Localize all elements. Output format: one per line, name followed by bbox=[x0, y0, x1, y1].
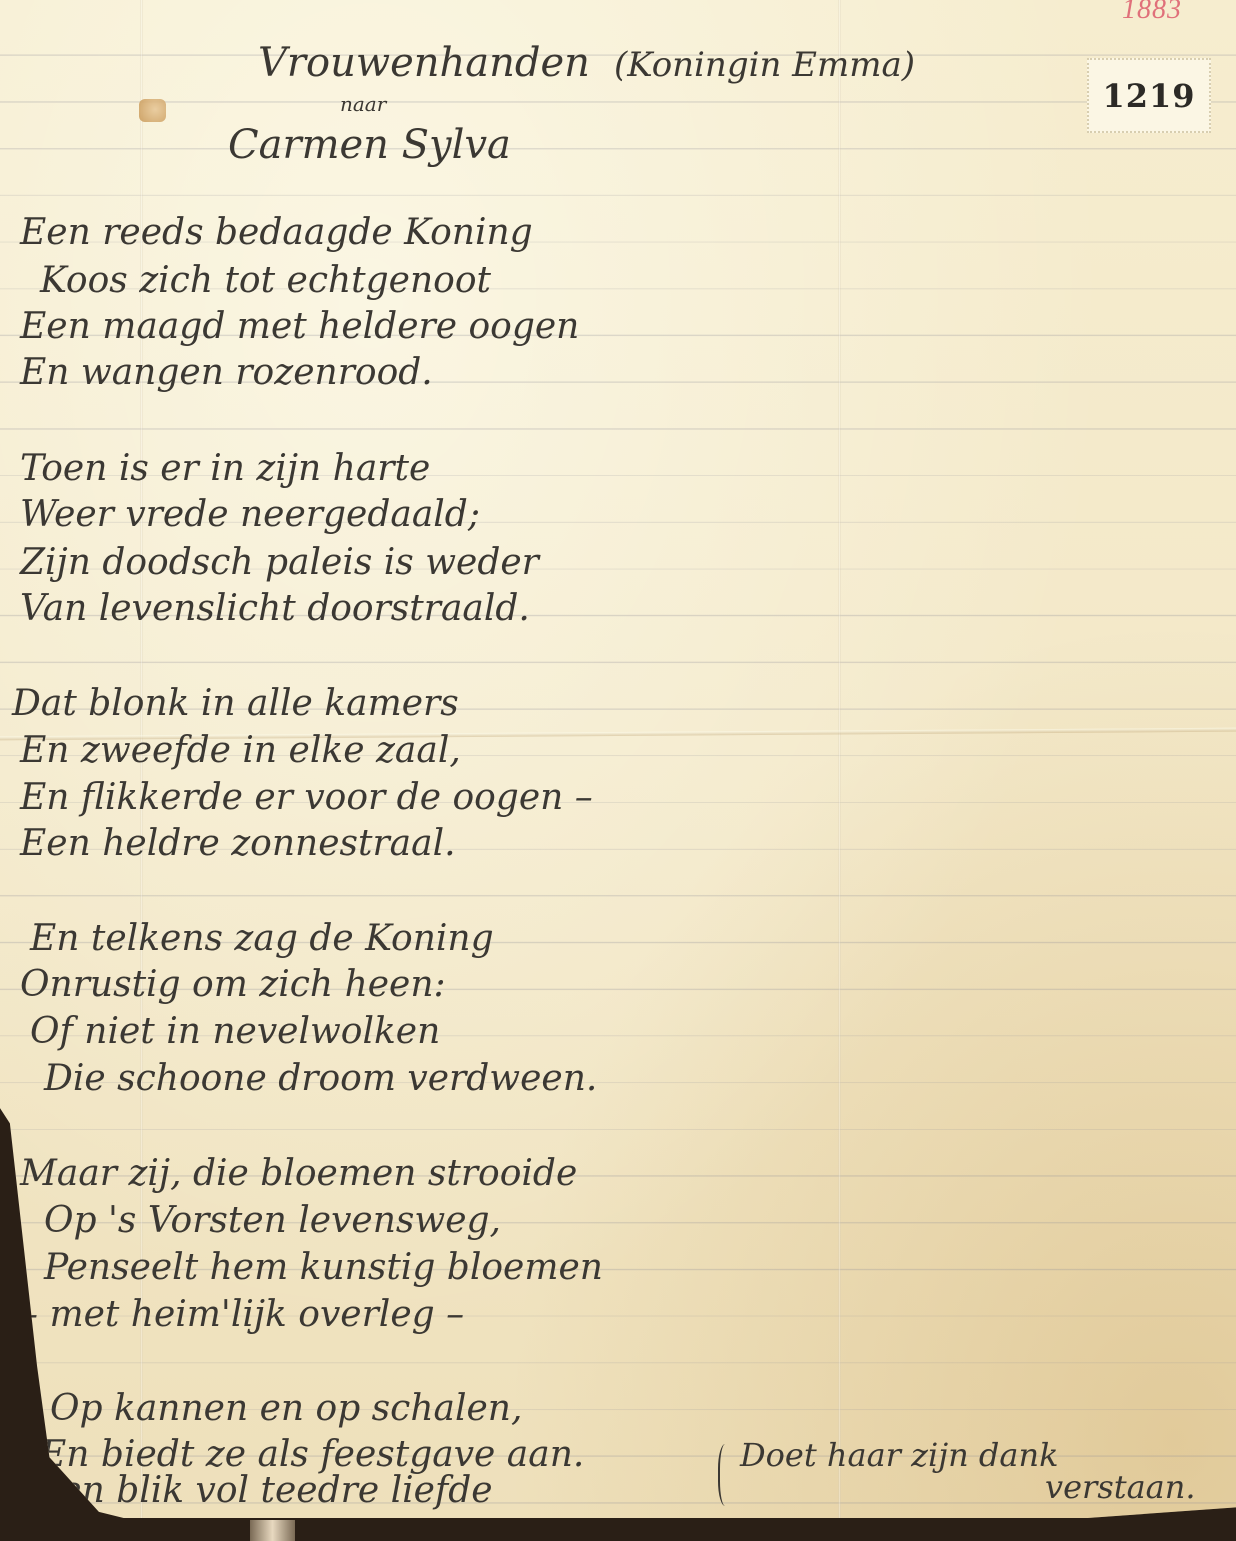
stanza-4-line-2: Onrustig om zich heen: bbox=[20, 964, 446, 1005]
title-note: (Koningin Emma) bbox=[614, 45, 915, 85]
wax-stain bbox=[139, 99, 166, 122]
fold-crease-vertical-right bbox=[838, 0, 841, 1518]
attribution-prefix: naar bbox=[340, 92, 386, 116]
stanza-6-aside-line-2: verstaan. bbox=[1045, 1468, 1196, 1506]
poem-title: Vrouwenhanden(Koningin Emma) bbox=[258, 40, 915, 86]
stanza-1-line-4: En wangen rozenrood. bbox=[20, 352, 433, 393]
stanza-6-aside-line-1: Doet haar zijn dank bbox=[740, 1436, 1058, 1474]
stanza-5-line-1: Maar zij, die bloemen strooide bbox=[20, 1153, 577, 1194]
stanza-6-line-3: Een blik vol teedre liefde bbox=[34, 1470, 493, 1511]
title-text: Vrouwenhanden bbox=[258, 40, 590, 86]
stanza-2-line-3: Zijn doodsch paleis is weder bbox=[20, 542, 539, 583]
manuscript-page: 1883 1219 Vrouwenhanden(Koningin Emma) n… bbox=[0, 0, 1236, 1518]
stanza-1-line-2: Koos zich tot echtgenoot bbox=[40, 260, 491, 301]
stanza-5-line-2: Op 's Vorsten levensweg, bbox=[44, 1200, 501, 1241]
catalog-number-label: 1219 bbox=[1087, 58, 1211, 133]
stanza-4-line-1: En telkens zag de Koning bbox=[30, 918, 494, 959]
archive-year-annotation: 1883 bbox=[1122, 0, 1182, 26]
stanza-3-line-1: Dat blonk in alle kamers bbox=[12, 683, 459, 724]
stanza-3-line-2: En zweefde in elke zaal, bbox=[20, 730, 461, 771]
stanza-2-line-1: Toen is er in zijn harte bbox=[20, 448, 430, 489]
stanza-4-line-4: Die schoone droom verdween. bbox=[44, 1058, 597, 1099]
stanza-3-line-3: En flikkerde er voor de oogen – bbox=[20, 777, 593, 818]
stanza-5-line-4: – met heim'lijk overleg – bbox=[20, 1294, 464, 1335]
author-name: Carmen Sylva bbox=[228, 122, 511, 168]
stanza-1-line-1: Een reeds bedaagde Koning bbox=[20, 212, 533, 253]
stanza-5-line-3: Penseelt hem kunstig bloemen bbox=[44, 1247, 603, 1288]
stanza-6-line-1: Op kannen en op schalen, bbox=[50, 1388, 522, 1429]
stanza-2-line-4: Van levenslicht doorstraald. bbox=[20, 588, 530, 629]
brace-mark bbox=[718, 1444, 736, 1506]
stanza-2-line-2: Weer vrede neergedaald; bbox=[20, 494, 480, 535]
stanza-1-line-3: Een maagd met heldere oogen bbox=[20, 306, 579, 347]
stanza-3-line-4: Een heldre zonnestraal. bbox=[20, 823, 456, 864]
catalog-number: 1219 bbox=[1102, 77, 1195, 115]
background-light-reflection bbox=[250, 1520, 295, 1541]
stanza-4-line-3: Of niet in nevelwolken bbox=[30, 1011, 440, 1052]
stanza-6-line-2: En biedt ze als feestgave aan. bbox=[40, 1434, 584, 1475]
